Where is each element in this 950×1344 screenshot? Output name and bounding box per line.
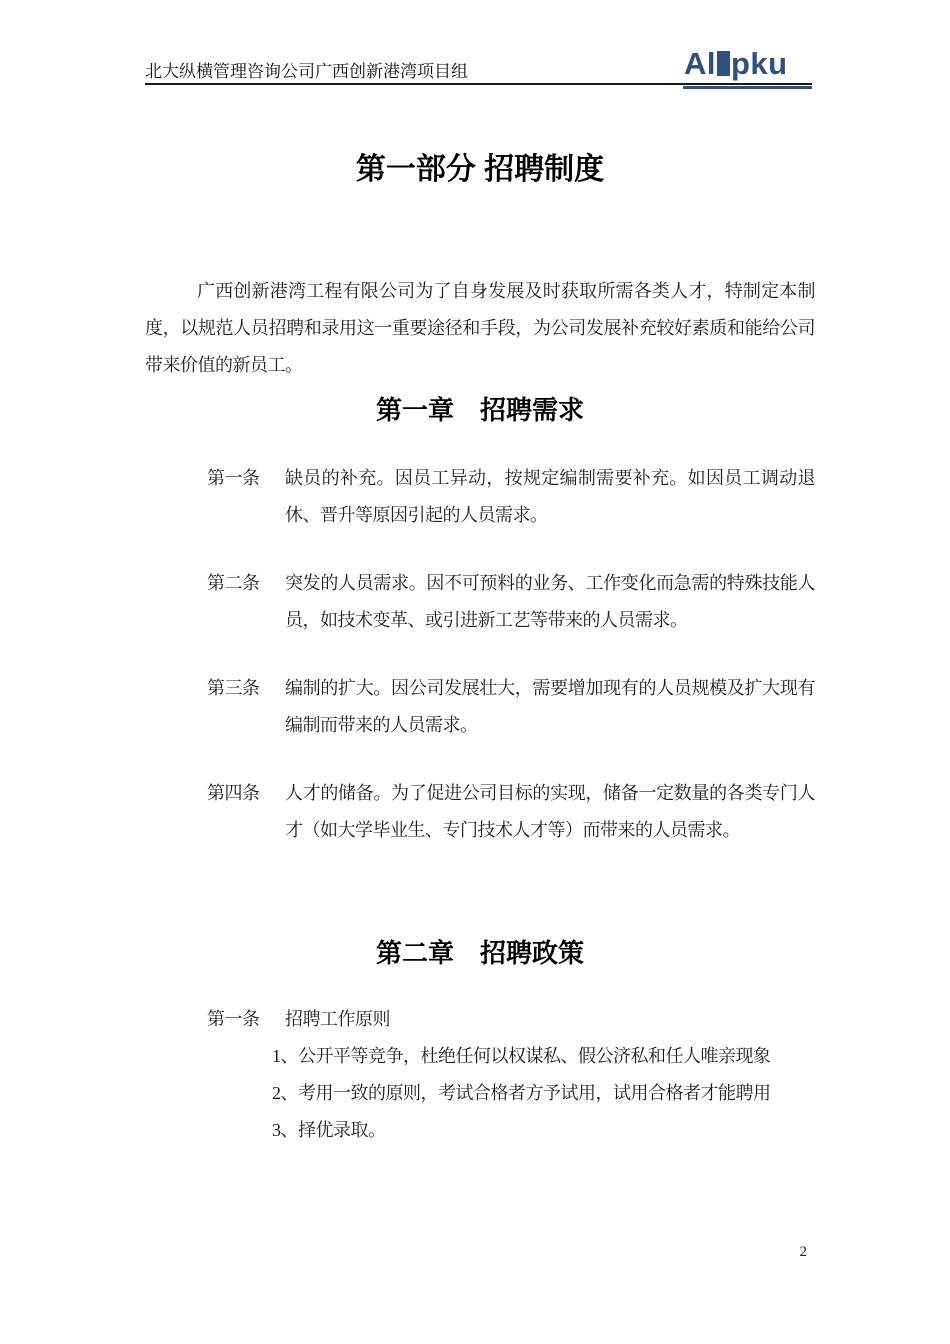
article-label: 第一条 [207,1001,285,1038]
article-text: 突发的人员需求。因不可预料的业务、工作变化而急需的特殊技能人员，如技术变革、或引… [285,565,815,639]
article-4: 第四条 人才的储备。为了促进公司目标的实现，储备一定数量的各类专门人才（如大学毕… [207,775,815,849]
article-3: 第三条 编制的扩大。因公司发展壮大，需要增加现有的人员规模及扩大现有编制而带来的… [207,670,815,744]
document-title: 第一部分 招聘制度 [145,150,815,190]
article-text: 缺员的补充。因员工异动，按规定编制需要补充。如因员工调动退休、晋升等原因引起的人… [285,460,815,534]
list-item: 3、择优录取。 [272,1112,815,1149]
article-label: 第一条 [207,460,285,534]
article-text: 编制的扩大。因公司发展壮大，需要增加现有的人员规模及扩大现有编制而带来的人员需求… [285,670,815,744]
article-label: 第三条 [207,670,285,744]
article-5: 第一条 招聘工作原则 [207,1001,815,1038]
article-label: 第二条 [207,565,285,639]
chapter-1-title: 第一章 招聘需求 [145,392,815,428]
list-item: 2、考用一致的原则，考试合格者方予试用，试用合格者才能聘用 [272,1075,815,1112]
article-text: 人才的储备。为了促进公司目标的实现，储备一定数量的各类专门人才（如大学毕业生、专… [285,775,815,849]
document-page: 北大纵横管理咨询公司广西创新港湾项目组 Alpku 第一部分 招聘制度 广西创新… [0,0,950,1344]
article-text: 招聘工作原则 [285,1001,815,1038]
document-content: 第一部分 招聘制度 广西创新港湾工程有限公司为了自身发展及时获取所需各类人才，特… [145,0,815,1149]
list-item: 1、公开平等竞争，杜绝任何以权谋私、假公济私和任人唯亲现象 [272,1038,815,1075]
page-number: 2 [145,1242,807,1262]
article-2: 第二条 突发的人员需求。因不可预料的业务、工作变化而急需的特殊技能人员，如技术变… [207,565,815,639]
intro-paragraph: 广西创新港湾工程有限公司为了自身发展及时获取所需各类人才，特制定本制度，以规范人… [145,273,815,384]
principles-list: 1、公开平等竞争，杜绝任何以权谋私、假公济私和任人唯亲现象 2、考用一致的原则，… [272,1038,815,1149]
article-label: 第四条 [207,775,285,849]
article-1: 第一条 缺员的补充。因员工异动，按规定编制需要补充。如因员工调动退休、晋升等原因… [207,460,815,534]
chapter-2-title: 第二章 招聘政策 [145,935,815,971]
